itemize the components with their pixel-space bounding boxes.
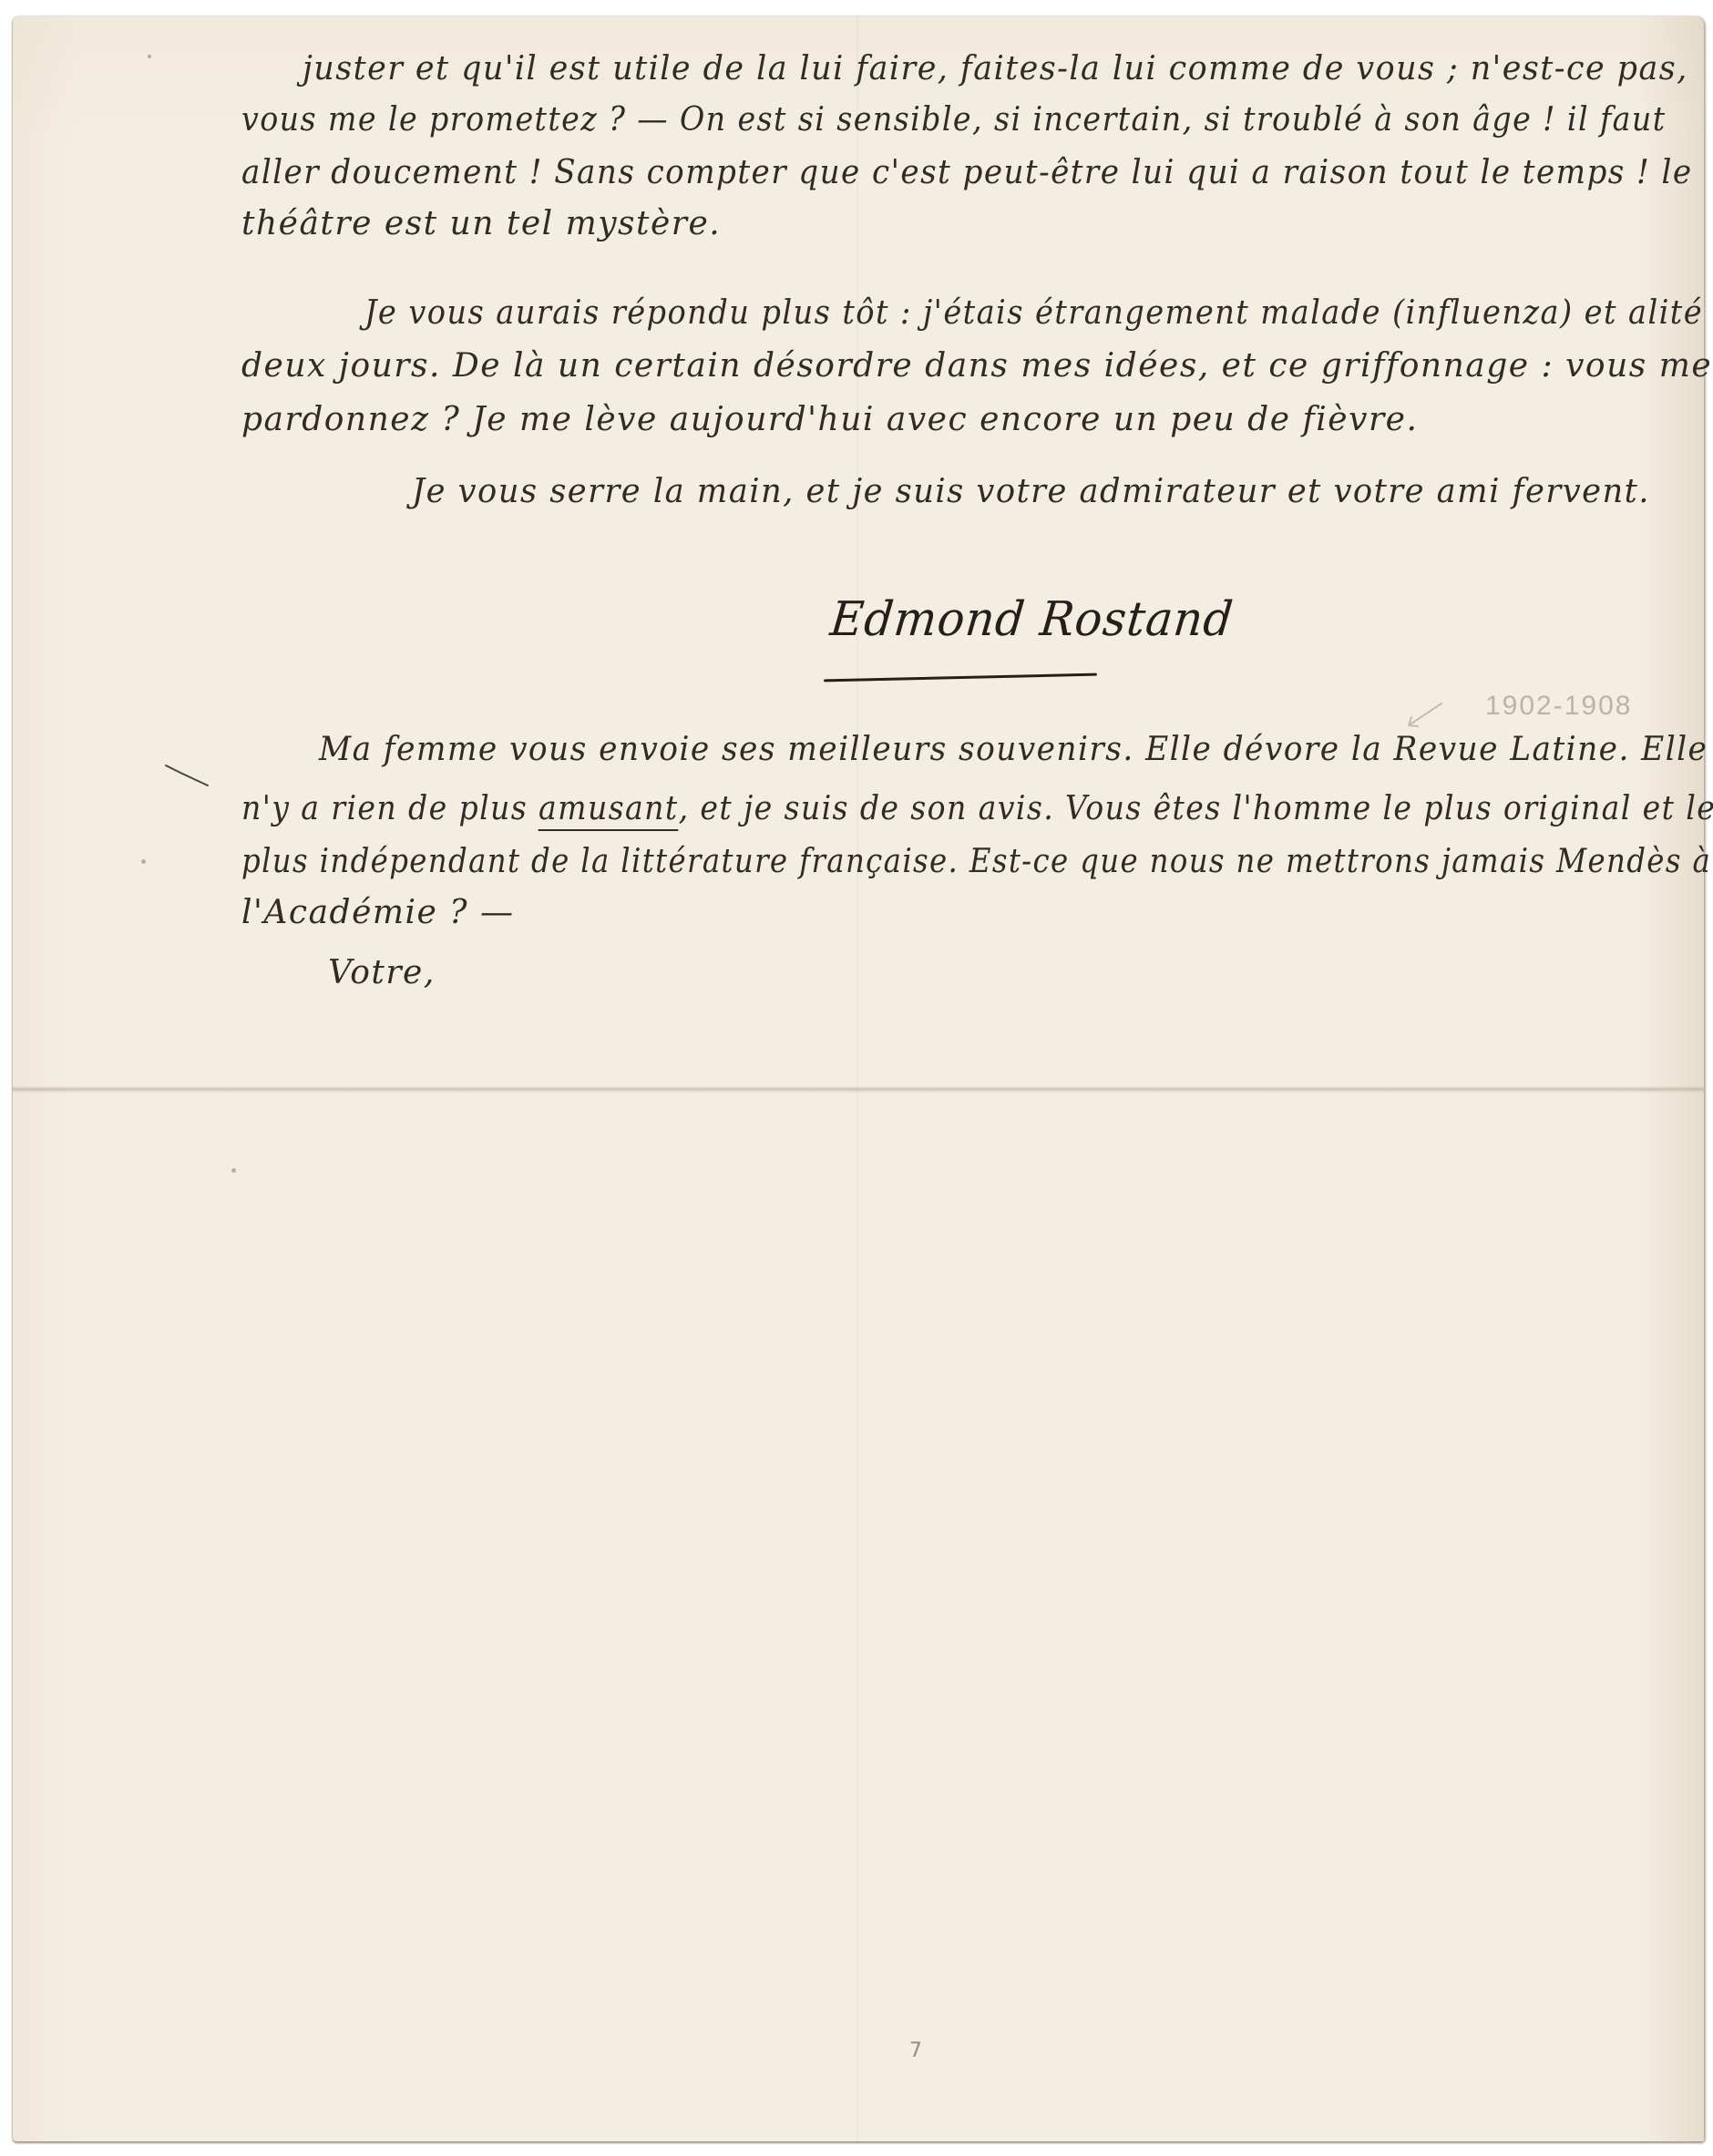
horizontal-fold-crease: [13, 1086, 1704, 1093]
postscript-sign-off: Votre,: [328, 957, 436, 990]
paragraph-2-line-1: Je vous aurais répondu plus tôt : j'étai…: [364, 297, 1713, 330]
postscript-line-3: plus indépendant de la littérature franç…: [241, 846, 1711, 878]
pencil-date-annotation: 1902-1908: [1485, 691, 1632, 722]
signature: Edmond Rostand: [820, 592, 1112, 702]
margin-tick-mark-icon: [164, 762, 211, 789]
paragraph-1-line-4: théâtre est un tel mystère.: [241, 208, 721, 241]
postscript-line-4: l'Académie ? —: [241, 897, 515, 929]
paragraph-1-line-1: juster et qu'il est utile de la lui fair…: [303, 53, 1688, 86]
ink-speck: [148, 55, 151, 58]
paragraph-1-line-3: aller doucement ! Sans compter que c'est…: [241, 157, 1693, 190]
underlined-word-amusant: amusant: [539, 790, 679, 831]
postscript-line-2-start: n'y a rien de plus: [241, 790, 539, 827]
ink-speck: [231, 1168, 236, 1173]
postscript-line-1: Ma femme vous envoie ses meilleurs souve…: [319, 734, 1713, 766]
letter-paper: [13, 16, 1704, 2141]
paragraph-2-line-3: pardonnez ? Je me lève aujourd'hui avec …: [241, 404, 1418, 436]
postscript-line-2-end: , et je suis de son avis. Vous êtes l'ho…: [679, 790, 1713, 827]
closing-line: Je vous serre la main, et je suis votre …: [412, 476, 1650, 508]
pencil-arrow-icon: [1403, 700, 1443, 731]
ink-speck: [141, 859, 146, 864]
postscript-line-2: n'y a rien de plus amusant, et je suis d…: [241, 793, 1713, 826]
paragraph-1-line-2: vous me le promettez ? — On est si sensi…: [241, 104, 1667, 137]
signature-name: Edmond Rostand: [828, 592, 1236, 647]
paragraph-2-line-2: deux jours. De là un certain désordre da…: [241, 350, 1712, 383]
page-number-mark: 7: [909, 2039, 922, 2062]
signature-underline: [824, 673, 1097, 683]
vertical-fold-crease: [856, 16, 858, 2141]
